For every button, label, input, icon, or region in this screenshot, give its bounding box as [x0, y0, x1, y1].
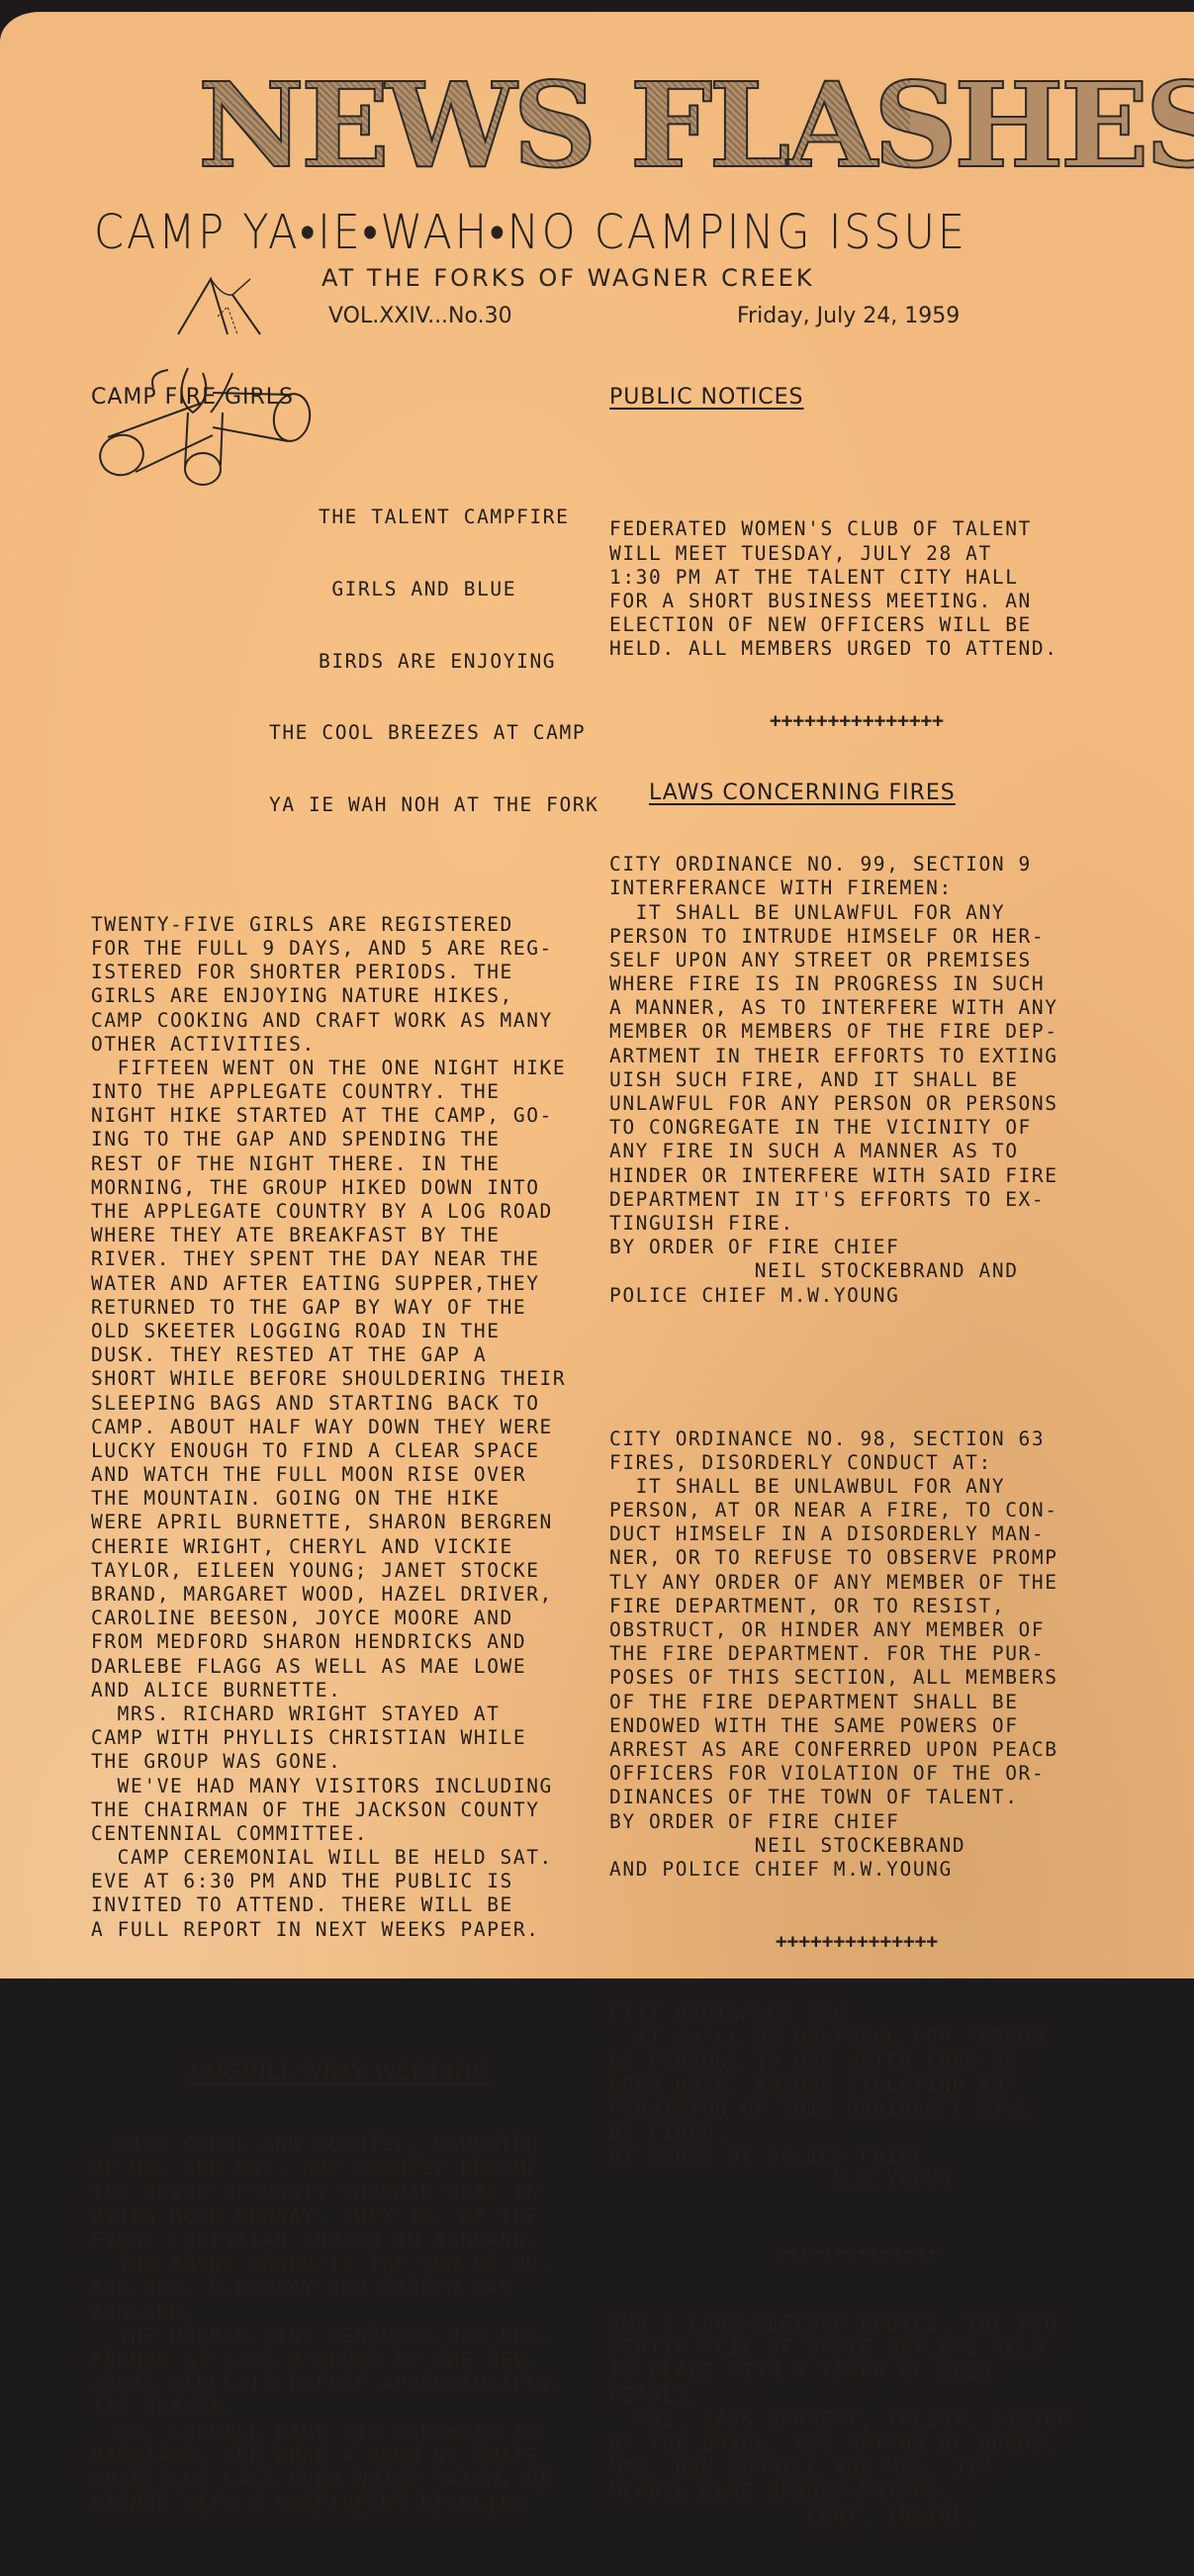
ordinance-98: City Ordinance No. 98, Section 63Fires, … [609, 1427, 1104, 1883]
article-line: Ya Ie Wah Noh at the Fork [91, 793, 605, 817]
article-line: will meet Tuesday, July 28 at [609, 542, 1104, 566]
article-line: and watch the full moon rise over [91, 1463, 605, 1487]
right-column: PUBLIC NOTICES Federated Women's Club of… [609, 338, 1104, 1978]
article-line: By Order of Fire Chief [609, 1810, 1104, 1834]
article-line: for a short business meeting. An [609, 590, 1104, 613]
article-line: Caroline Beeson, Joyce Moore and [91, 1607, 605, 1630]
article-line: and Alice Burnette. [91, 1679, 605, 1702]
article-line: and Police Chief M.W.Young [609, 1858, 1104, 1882]
article-line: night hike started at the Camp, go- [91, 1104, 605, 1128]
article-line: artment in their efforts to exting [609, 1045, 1104, 1068]
article-line: where they ate breakfast by the [91, 1224, 605, 1247]
article-line: department in it's efforts to ex- [609, 1188, 1104, 1212]
article-line: Girls and Blue [91, 578, 605, 601]
article-line: uish such fire, and it shall be [609, 1068, 1104, 1092]
volume-number: VOL.XXIV...No.30 [328, 304, 512, 328]
article-line: The Talent Campfire [91, 506, 605, 529]
public-notices-body: Federated Women's Club of Talentwill mee… [609, 517, 1104, 661]
article-line: Mrs. Richard Wright stayed at [91, 1702, 605, 1726]
issue-subtitle: CAMP YA•IE•WAH•NO CAMPING ISSUE [94, 205, 975, 260]
article-line: Fifteen went on the one night hike [91, 1057, 605, 1080]
laws-heading: LAWS CONCERNING FIRES [609, 782, 1104, 805]
article-line: dinances of the Town of Talent. [609, 1786, 1104, 1809]
divider: ++++++++++++++ [609, 1930, 1104, 1954]
article-line: a manner, as to interfere with any [609, 996, 1104, 1020]
article-line: arrest as are conferred upon peacb [609, 1738, 1104, 1762]
article-line: into the Applegate country. The [91, 1080, 605, 1104]
article-line: camp. About half way down they were [91, 1416, 605, 1439]
article-line: Interferance with firemen: [609, 876, 1104, 900]
article-line: for the full 9 days, and 5 are reg- [91, 937, 605, 961]
article-line: City Ordinance No. 98, Section 63 [609, 1427, 1104, 1451]
article-line: short while before shouldering their [91, 1367, 605, 1391]
article-line: invited to attend. There will be [91, 1893, 605, 1917]
article-line: unlawful for any person or persons [609, 1092, 1104, 1116]
article-line: the group was gone. [91, 1750, 605, 1774]
article-line: of the fire department shall be [609, 1691, 1104, 1714]
article-line: where fire is in progress in such [609, 972, 1104, 996]
article-line: returned to the Gap by way of the [91, 1296, 605, 1320]
article-line: eve at 6:30 pm and the public is [91, 1870, 605, 1893]
left-column: CAMP FIRE GIRLS The Talent Campfire Girl… [91, 338, 605, 1978]
camp-fire-girls-heading: CAMP FIRE GIRLS [91, 386, 605, 410]
article-line: Neil Stockebrand [609, 1834, 1104, 1858]
article-line: obstruct, or hinder any member of [609, 1618, 1104, 1642]
article-line: the fire department. For the pur- [609, 1642, 1104, 1666]
article-line: the chairman of the Jackson County [91, 1798, 605, 1822]
ordinance-99: City Ordinance No. 99, Section 9Interfer… [609, 853, 1104, 1308]
article-line: self upon any street or premises [609, 949, 1104, 972]
divider: +++++++++++++++ [609, 709, 1104, 733]
article-line: ing to the Gap and spending the [91, 1128, 605, 1151]
article-line: person, at or near a fire, to con- [609, 1499, 1104, 1522]
location-line: AT THE FORKS OF WAGNER CREEK [321, 264, 815, 292]
article-line: sleeping bags and starting back to [91, 1392, 605, 1416]
article-line: lucky enough to find a clear space [91, 1439, 605, 1463]
article-line: Police Chief M.W.Young [609, 1284, 1104, 1308]
article-line: the Applegate country by a log road [91, 1200, 605, 1224]
article-line: Darlebe Flagg as well as Mae Lowe [91, 1655, 605, 1679]
article-line: were April Burnette, Sharon Bergren [91, 1511, 605, 1534]
article-line: Taylor, Eileen Young; Janet Stocke [91, 1559, 605, 1583]
article-line: Twenty-five girls are registered [91, 913, 605, 937]
article-line: duct himself in a disorderly man- [609, 1522, 1104, 1546]
article-line: Camp with Phyllis Christian while [91, 1726, 605, 1750]
article-line: It shall be unlawful for any [609, 901, 1104, 925]
article-line: the cool breezes at Camp [91, 721, 605, 745]
article-line: We've had many visitors including [91, 1775, 605, 1798]
article-line: Camp ceremonial will be held Sat. [91, 1846, 605, 1870]
article-line: held. All members urged to attend. [609, 637, 1104, 661]
article-line: tly any order of any member of the [609, 1571, 1104, 1595]
article-line: member or members of the fire dep- [609, 1020, 1104, 1044]
article-line: to congregate in the vicinity of [609, 1116, 1104, 1140]
article-line: river. They spent the day near the [91, 1247, 605, 1271]
article-line: girls are enjoying nature hikes, [91, 984, 605, 1008]
camp-fire-intro: The Talent Campfire Girls and Blue birds… [91, 458, 605, 865]
article-line: endowed with the same powers of [609, 1714, 1104, 1738]
article-line: tinguish fire. [609, 1212, 1104, 1236]
article-line: person to intrude himself or her- [609, 925, 1104, 949]
article-line: By Order of Fire Chief [609, 1236, 1104, 1259]
article-line: 1:30 pm at the Talent City Hall [609, 566, 1104, 590]
article-line: hinder or interfere with said fire [609, 1164, 1104, 1188]
article-line: rest of the night there. In the [91, 1152, 605, 1176]
article-line: dusk. They rested at the Gap a [91, 1343, 605, 1367]
article-line: Neil Stockebrand and [609, 1259, 1104, 1283]
camp-fire-article-body: Twenty-five girls are registeredfor the … [91, 913, 605, 1942]
tent-icon [173, 277, 262, 336]
article-line: a full report in next weeks paper. [91, 1918, 605, 1942]
article-line: Centennial Committee. [91, 1822, 605, 1846]
article-line: officers for violation of the or- [609, 1762, 1104, 1786]
article-line: election of new officers will be [609, 613, 1104, 637]
article-line: poses of this section, all members [609, 1666, 1104, 1690]
article-line: birds are enjoying [91, 650, 605, 674]
article-line: camp cooking and craft work as many [91, 1009, 605, 1033]
article-line: water and after eating supper,they [91, 1272, 605, 1296]
article-line: Federated Women's Club of Talent [609, 517, 1104, 541]
article-line: Old Skeeter logging road in the [91, 1320, 605, 1343]
article-line: istered for shorter periods. The [91, 961, 605, 984]
article-line: ner, or to refuse to observe promp [609, 1546, 1104, 1570]
article-line: It shall be unlawbul for any [609, 1475, 1104, 1499]
article-line: other activities. [91, 1033, 605, 1057]
article-line: from Medford Sharon Hendricks and [91, 1630, 605, 1654]
article-line: morning, the group hiked down into [91, 1176, 605, 1200]
article-line: City Ordinance No. 99, Section 9 [609, 853, 1104, 876]
newspaper-page: NEWS FLASHES CAMP YA•IE•WAH•NO CAMPING I… [0, 12, 1194, 1978]
article-line: Fires, Disorderly conduct at: [609, 1451, 1104, 1475]
public-notices-heading: PUBLIC NOTICES [609, 386, 1104, 410]
masthead-title: NEWS FLASHES [198, 61, 910, 190]
article-line: Cherie Wright, Cheryl and Vickie [91, 1535, 605, 1559]
article-line: fire department, or to resist, [609, 1595, 1104, 1618]
article-line: the mountain. Going on the hike [91, 1487, 605, 1511]
article-line: any fire in such a manner as to [609, 1140, 1104, 1163]
issue-date: Friday, July 24, 1959 [737, 304, 960, 328]
article-line: brand, Margaret Wood, Hazel Driver, [91, 1583, 605, 1607]
